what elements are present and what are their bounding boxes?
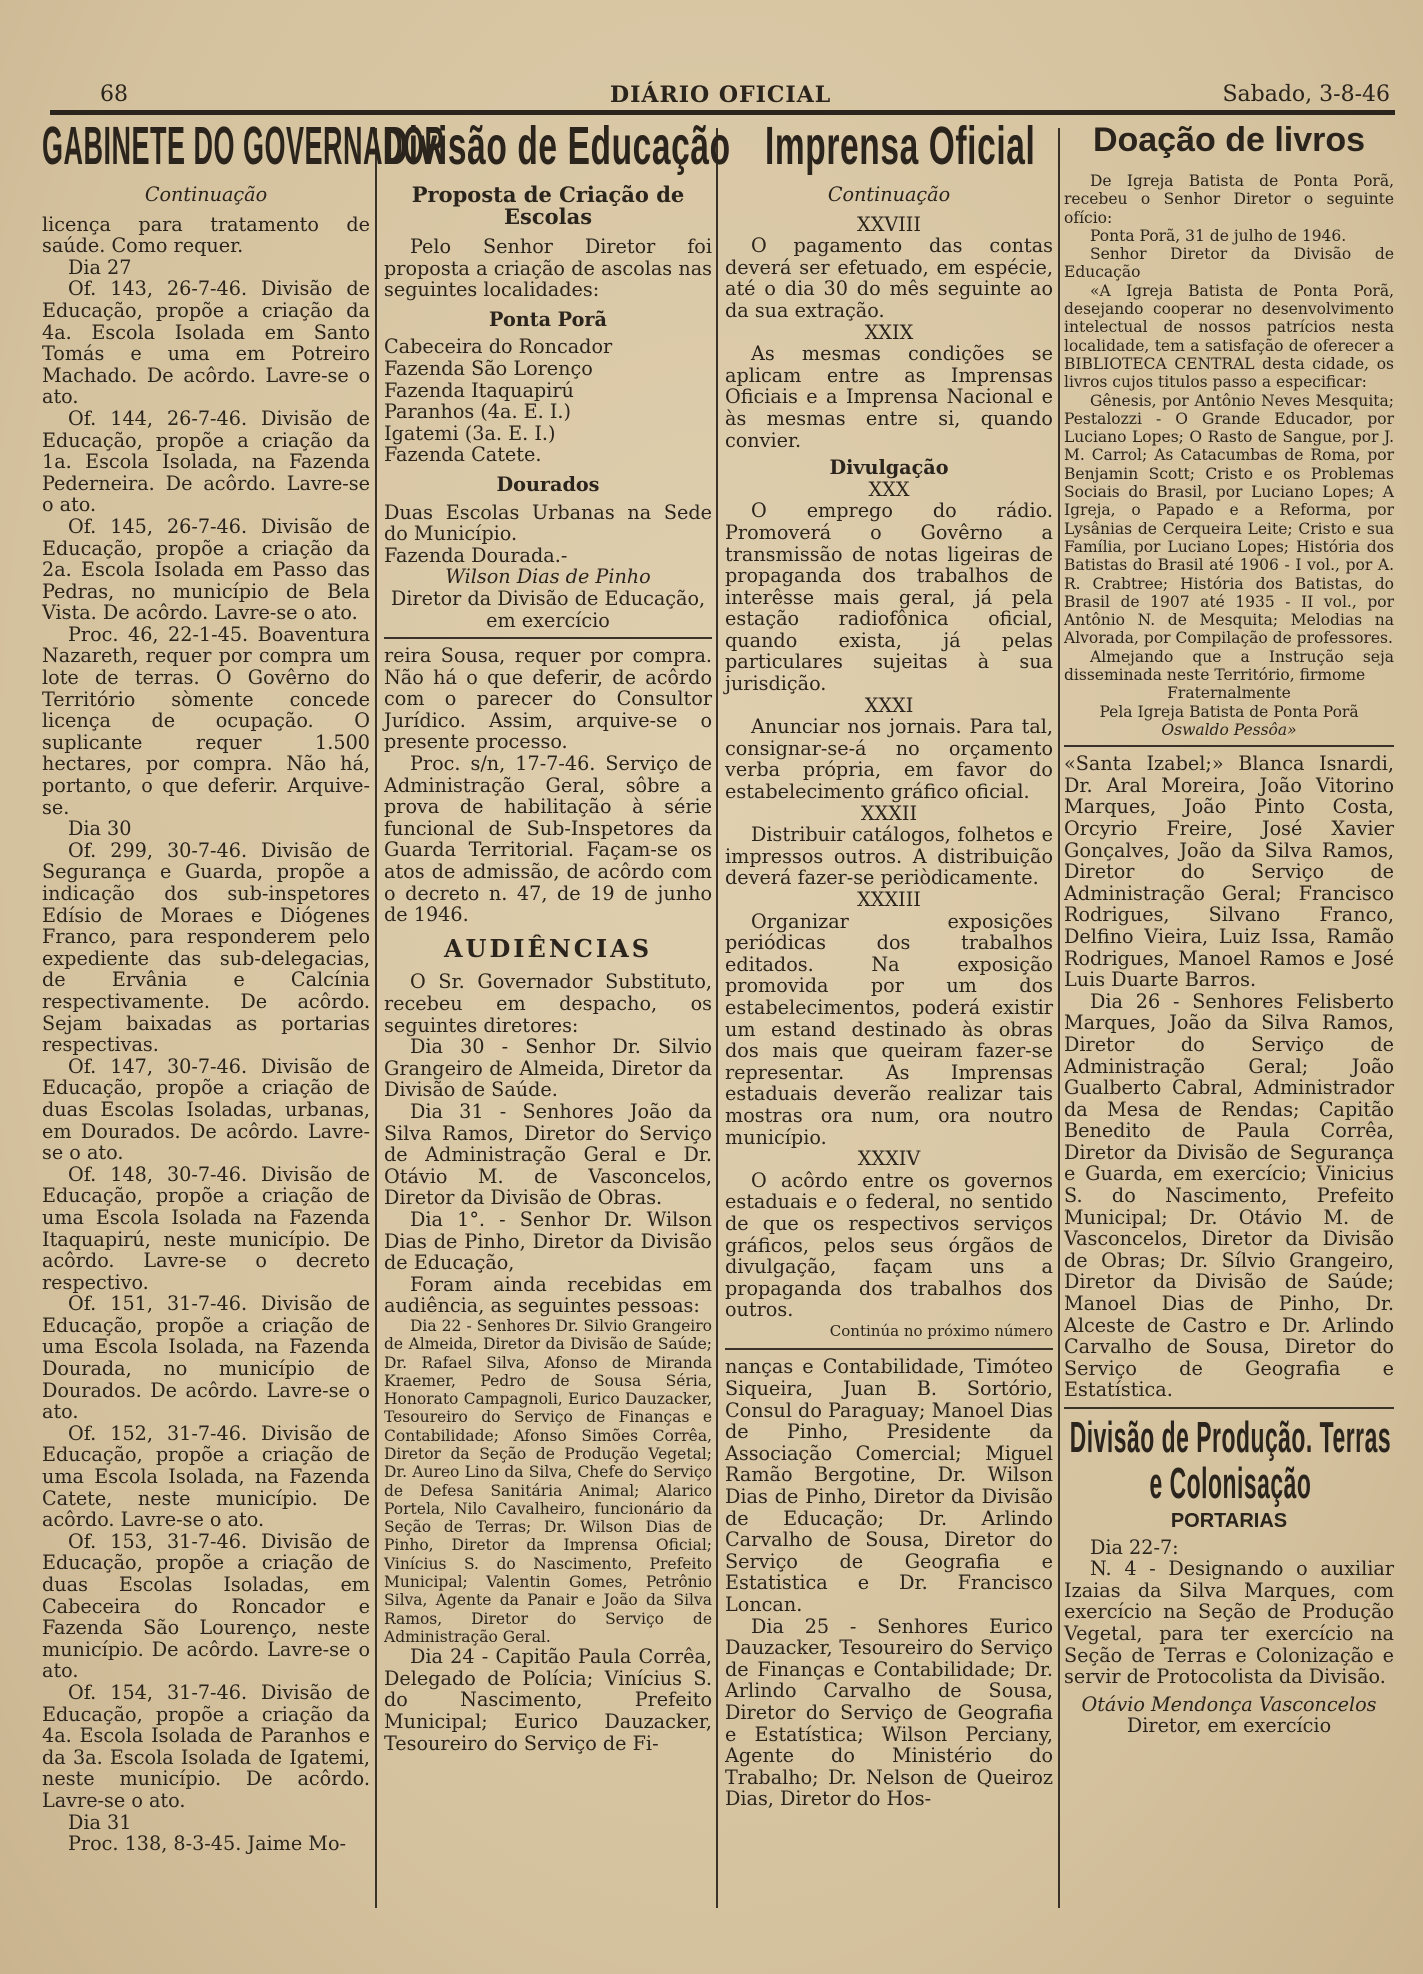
- place-heading: Dourados: [384, 474, 712, 496]
- paragraph: Dia 27: [42, 257, 370, 279]
- paragraph: Proc. 46, 22-1-45. Boaventura Nazareth, …: [42, 624, 370, 818]
- signature: Wilson Dias de Pinho: [384, 566, 712, 588]
- paragraph: Pelo Senhor Diretor foi proposta a criaç…: [384, 236, 712, 301]
- paragraph: O Sr. Governador Substituto, recebeu em …: [384, 971, 712, 1036]
- signature-role: Diretor, em exercício: [1064, 1715, 1394, 1737]
- paragraph: Of. 154, 31-7-46. Divisão de Educação, p…: [42, 1682, 370, 1812]
- paragraph: Of. 152, 31-7-46. Divisão de Educação, p…: [42, 1423, 370, 1531]
- portarias-heading: PORTARIAS: [1064, 1511, 1394, 1533]
- paragraph: Senhor Diretor da Divisão de Educação: [1064, 245, 1394, 282]
- paragraph: Of. 299, 30-7-46. Divisão de Segurança e…: [42, 840, 370, 1056]
- paragraph: Dia 25 - Senhores Eurico Dauzacker, Teso…: [725, 1616, 1053, 1810]
- place-heading: Ponta Porã: [384, 309, 712, 331]
- paragraph: nanças e Contabilidade, Timóteo Siqueira…: [725, 1356, 1053, 1615]
- header-rule: [50, 110, 1395, 115]
- section-subtitle: Continuação: [725, 184, 1053, 206]
- divider: [1064, 745, 1394, 747]
- place-item: Cabeceira do Roncador: [384, 336, 712, 358]
- section-subheading: Proposta de Criação de Escolas: [384, 184, 712, 228]
- article-number: XXXIII: [725, 889, 1053, 911]
- place-item: Igatemi (3a. E. I.): [384, 423, 712, 445]
- paragraph: Dia 30: [42, 818, 370, 840]
- section-heading: Doação de livros: [1064, 118, 1394, 162]
- section-subtitle: Continuação: [42, 184, 370, 206]
- paragraph: Dia 31 - Senhores João da Silva Ramos, D…: [384, 1101, 712, 1209]
- column-divider: [375, 128, 377, 1908]
- place-item: Fazenda Dourada.-: [384, 545, 712, 567]
- place-item: Fazenda São Lorenço: [384, 358, 712, 380]
- article-number: XXXII: [725, 803, 1053, 825]
- paragraph: Proc. s/n, 17-7-46. Serviço de Administr…: [384, 753, 712, 926]
- section-heading: Imprensa Oficial: [765, 118, 944, 174]
- paragraph: De Igreja Batista de Ponta Porã, recebeu…: [1064, 172, 1394, 227]
- page-number: 68: [100, 82, 128, 107]
- paragraph: Gênesis, por Antônio Neves Mesquita; Pes…: [1064, 392, 1394, 648]
- paragraph: Organizar exposições periódicas dos trab…: [725, 911, 1053, 1149]
- paragraph: Of. 153, 31-7-46. Divisão de Educação, p…: [42, 1531, 370, 1682]
- paragraph: Dia 26 - Senhores Felisberto Marques, Jo…: [1064, 991, 1394, 1401]
- section-heading: GABINETE DO GOVERNADOR: [42, 118, 206, 174]
- place-item: Fazenda Itaquapirú: [384, 380, 712, 402]
- continued-note: Continúa no próximo número: [725, 1321, 1053, 1343]
- paragraph: Of. 147, 30-7-46. Divisão de Educação, p…: [42, 1056, 370, 1164]
- newspaper-title: DIÁRIO OFICIAL: [610, 82, 831, 108]
- paragraph: Dia 30 - Senhor Dr. Silvio Grangeiro de …: [384, 1036, 712, 1101]
- closing: Pela Igreja Batista de Ponta Porã: [1064, 703, 1394, 721]
- paragraph: Distribuir catálogos, folhetos e impress…: [725, 824, 1053, 889]
- article-number: XXVIII: [725, 214, 1053, 236]
- issue-date: Sabado, 3-8-46: [1222, 82, 1390, 107]
- paragraph: Foram ainda recebidas em audiência, as s…: [384, 1274, 712, 1317]
- place-item: Paranhos (4a. E. I.): [384, 401, 712, 423]
- paragraph: Dia 24 - Capitão Paula Corrêa, Delegado …: [384, 1646, 712, 1754]
- paragraph: Of. 144, 26-7-46. Divisão de Educação, p…: [42, 408, 370, 516]
- signature: Oswaldo Pessôa»: [1064, 721, 1394, 739]
- paragraph: Dia 1°. - Senhor Dr. Wilson Dias de Pinh…: [384, 1209, 712, 1274]
- paragraph: licença para tratamento de saúde. Como r…: [42, 214, 370, 257]
- place-item: Fazenda Catete.: [384, 444, 712, 466]
- article-number: XXX: [725, 479, 1053, 501]
- column-divider: [1058, 128, 1060, 1908]
- column-doacao: Doação de livros De Igreja Batista de Po…: [1064, 118, 1394, 1737]
- paragraph: Ponta Porã, 31 de julho de 1946.: [1064, 227, 1394, 245]
- paragraph: reira Sousa, requer por compra. Não há o…: [384, 645, 712, 753]
- section-heading: Divisão de Educação: [384, 118, 587, 174]
- column-divider: [716, 128, 718, 1908]
- divider: [384, 637, 712, 639]
- paragraph: Of. 148, 30-7-46. Divisão de Educação, p…: [42, 1164, 370, 1294]
- paragraph: As mesmas condições se aplicam entre as …: [725, 343, 1053, 451]
- paragraph: O pagamento das contas deverá ser efetua…: [725, 235, 1053, 321]
- paragraph: Of. 145, 26-7-46. Divisão de Educação, p…: [42, 516, 370, 624]
- divider: [725, 1348, 1053, 1350]
- paragraph: O emprego do rádio. Promoverá o Govêrno …: [725, 500, 1053, 694]
- column-educacao: Divisão de Educação Proposta de Criação …: [384, 118, 712, 1754]
- article-number: XXXIV: [725, 1148, 1053, 1170]
- audiencias-heading: AUDIÊNCIAS: [384, 938, 712, 960]
- closing: Fraternalmente: [1064, 684, 1394, 702]
- paragraph: N. 4 - Designando o auxiliar Izaias da S…: [1064, 1558, 1394, 1688]
- paragraph: Proc. 138, 8-3-45. Jaime Mo-: [42, 1833, 370, 1855]
- masthead: 68 DIÁRIO OFICIAL Sabado, 3-8-46: [80, 82, 1380, 110]
- paragraph: «A Igreja Batista de Ponta Porã, desejan…: [1064, 282, 1394, 392]
- divider: [1064, 1407, 1394, 1409]
- paragraph: Anunciar nos jornais. Para tal, consigna…: [725, 716, 1053, 802]
- column-imprensa: Imprensa Oficial Continuação XXVIII O pa…: [725, 118, 1053, 1810]
- paragraph: Dia 22-7:: [1064, 1537, 1394, 1559]
- paragraph: Almejando que a Instrução seja dissemina…: [1064, 648, 1394, 685]
- place-item: Duas Escolas Urbanas na Sede do Municípi…: [384, 502, 712, 545]
- signature: Otávio Mendonça Vasconcelos: [1064, 1694, 1394, 1716]
- article-number: XXIX: [725, 322, 1053, 344]
- paragraph: Of. 151, 31-7-46. Divisão de Educação, p…: [42, 1293, 370, 1423]
- paragraph: Dia 31: [42, 1812, 370, 1834]
- paragraph: Of. 143, 26-7-46. Divisão de Educação, p…: [42, 278, 370, 408]
- paragraph: O acôrdo entre os governos estaduais e o…: [725, 1170, 1053, 1321]
- article-number: XXXI: [725, 695, 1053, 717]
- subsection-heading: Divulgação: [725, 457, 1053, 479]
- paragraph: «Santa Izabel;» Blanca Isnardi, Dr. Aral…: [1064, 753, 1394, 991]
- paragraph: Dia 22 - Senhores Dr. Silvio Grangeiro d…: [384, 1317, 712, 1646]
- signature-role: Diretor da Divisão de Educação, em exerc…: [384, 588, 712, 631]
- column-gabinete: GABINETE DO GOVERNADOR Continuação licen…: [42, 118, 370, 1855]
- section-heading: Divisão de Produção. Terras e Colonisaçã…: [1064, 1415, 1397, 1507]
